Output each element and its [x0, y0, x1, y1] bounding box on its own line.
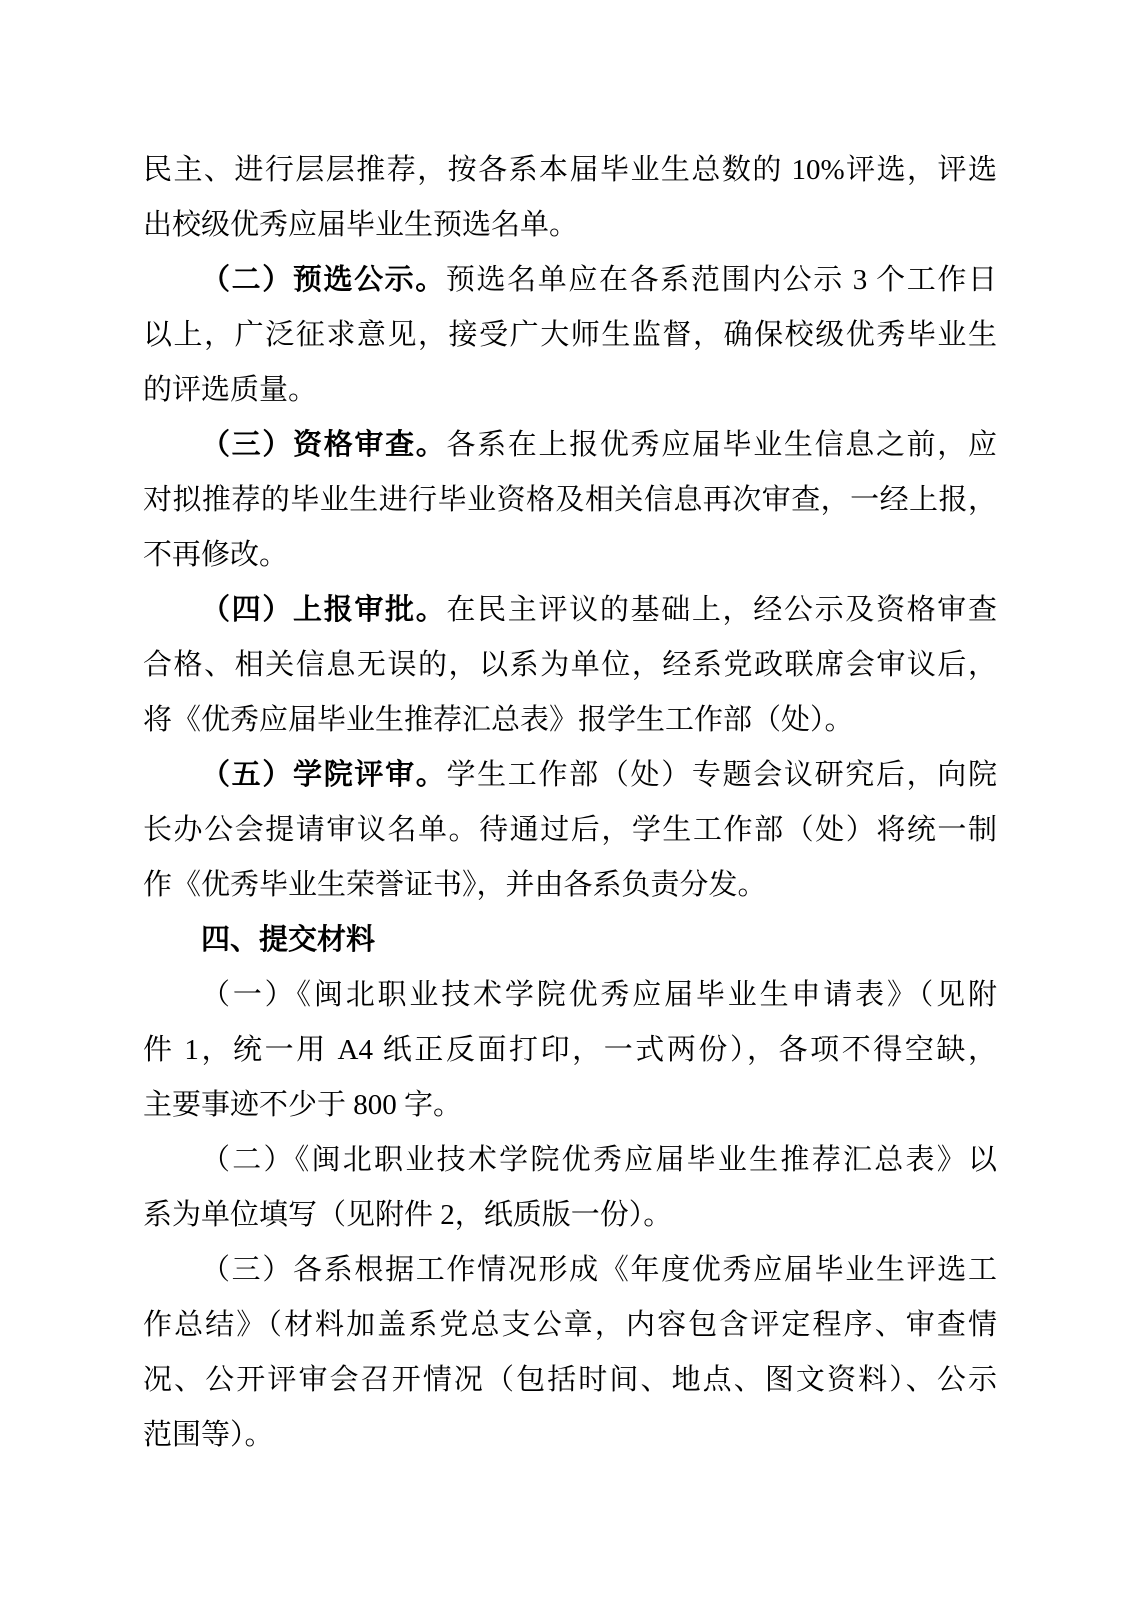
line-text: 对拟推荐的毕业生进行毕业资格及相关信息再次审查，一经上报，: [143, 484, 997, 516]
line-text: 民主、进行层层推荐，按各系本届毕业生总数的 10%评选，评选: [143, 154, 997, 186]
line-text: 将《优秀应届毕业生推荐汇总表》报学生工作部（处）。: [143, 704, 854, 736]
text-line: 的评选质量。: [143, 363, 997, 418]
bold-run: （五）学院评审。: [201, 759, 446, 791]
document-page: 民主、进行层层推荐，按各系本届毕业生总数的 10%评选，评选 出校级优秀应届毕业…: [0, 0, 1131, 1600]
text-line: 作总结》（材料加盖系党总支公章，内容包含评定程序、审查情: [143, 1298, 997, 1353]
document-text: 民主、进行层层推荐，按各系本届毕业生总数的 10%评选，评选 出校级优秀应届毕业…: [143, 143, 997, 1463]
line-text: 作总结》（材料加盖系党总支公章，内容包含评定程序、审查情: [143, 1309, 997, 1341]
text-line: （三）资格审查。各系在上报优秀应届毕业生信息之前，应: [143, 418, 997, 473]
text-line: 范围等）。: [143, 1408, 997, 1463]
text-line: 出校级优秀应届毕业生预选名单。: [143, 198, 997, 253]
line-text: 作《优秀毕业生荣誉证书》，并由各系负责分发。: [143, 869, 767, 901]
line-text: 件 1，统一用 A4 纸正反面打印，一式两份），各项不得空缺，: [143, 1034, 997, 1066]
text-line: 主要事迹不少于 800 字。: [143, 1078, 997, 1133]
text-line: （四）上报审批。在民主评议的基础上，经公示及资格审查: [143, 583, 997, 638]
text-line: （二）《闽北职业技术学院优秀应届毕业生推荐汇总表》以: [143, 1133, 997, 1188]
line-text: 不再修改。: [143, 539, 288, 571]
line-text: （二）《闽北职业技术学院优秀应届毕业生推荐汇总表》以: [201, 1144, 997, 1176]
text-line: 长办公会提请审议名单。待通过后，学生工作部（处）将统一制: [143, 803, 997, 858]
line-text: 合格、相关信息无误的，以系为单位，经系党政联席会审议后，: [143, 649, 997, 681]
line-text: 学生工作部（处）专题会议研究后，向院: [446, 759, 997, 791]
line-text: 范围等）。: [143, 1419, 274, 1451]
text-line: 作《优秀毕业生荣誉证书》，并由各系负责分发。: [143, 858, 997, 913]
section-heading: 四、提交材料: [143, 913, 997, 968]
text-line: 系为单位填写（见附件 2，纸质版一份）。: [143, 1188, 997, 1243]
line-text: 各系在上报优秀应届毕业生信息之前，应: [446, 429, 997, 461]
text-line: （二）预选公示。预选名单应在各系范围内公示 3 个工作日: [143, 253, 997, 308]
heading-text: 四、提交材料: [201, 924, 375, 956]
text-line: 将《优秀应届毕业生推荐汇总表》报学生工作部（处）。: [143, 693, 997, 748]
line-text: 主要事迹不少于 800 字。: [143, 1089, 462, 1121]
line-text: 的评选质量。: [143, 374, 317, 406]
text-line: （一）《闽北职业技术学院优秀应届毕业生申请表》（见附: [143, 968, 997, 1023]
text-line: 民主、进行层层推荐，按各系本届毕业生总数的 10%评选，评选: [143, 143, 997, 198]
line-text: 出校级优秀应届毕业生预选名单。: [143, 209, 578, 241]
text-line: （五）学院评审。学生工作部（处）专题会议研究后，向院: [143, 748, 997, 803]
line-text: 在民主评议的基础上，经公示及资格审查: [446, 594, 997, 626]
text-line: 况、公开评审会召开情况（包括时间、地点、图文资料）、公示: [143, 1353, 997, 1408]
text-line: （三）各系根据工作情况形成《年度优秀应届毕业生评选工: [143, 1243, 997, 1298]
line-text: 以上，广泛征求意见，接受广大师生监督，确保校级优秀毕业生: [143, 319, 997, 351]
bold-run: （三）资格审查。: [201, 429, 446, 461]
text-line: 不再修改。: [143, 528, 997, 583]
line-text: （三）各系根据工作情况形成《年度优秀应届毕业生评选工: [201, 1254, 997, 1286]
line-text: 长办公会提请审议名单。待通过后，学生工作部（处）将统一制: [143, 814, 997, 846]
text-line: 件 1，统一用 A4 纸正反面打印，一式两份），各项不得空缺，: [143, 1023, 997, 1078]
bold-run: （四）上报审批。: [201, 594, 446, 626]
text-line: 以上，广泛征求意见，接受广大师生监督，确保校级优秀毕业生: [143, 308, 997, 363]
bold-run: （二）预选公示。: [201, 264, 446, 296]
text-line: 合格、相关信息无误的，以系为单位，经系党政联席会审议后，: [143, 638, 997, 693]
text-line: 对拟推荐的毕业生进行毕业资格及相关信息再次审查，一经上报，: [143, 473, 997, 528]
line-text: 况、公开评审会召开情况（包括时间、地点、图文资料）、公示: [143, 1364, 997, 1396]
line-text: 系为单位填写（见附件 2，纸质版一份）。: [143, 1199, 672, 1231]
line-text: 预选名单应在各系范围内公示 3 个工作日: [446, 264, 997, 296]
line-text: （一）《闽北职业技术学院优秀应届毕业生申请表》（见附: [201, 979, 997, 1011]
